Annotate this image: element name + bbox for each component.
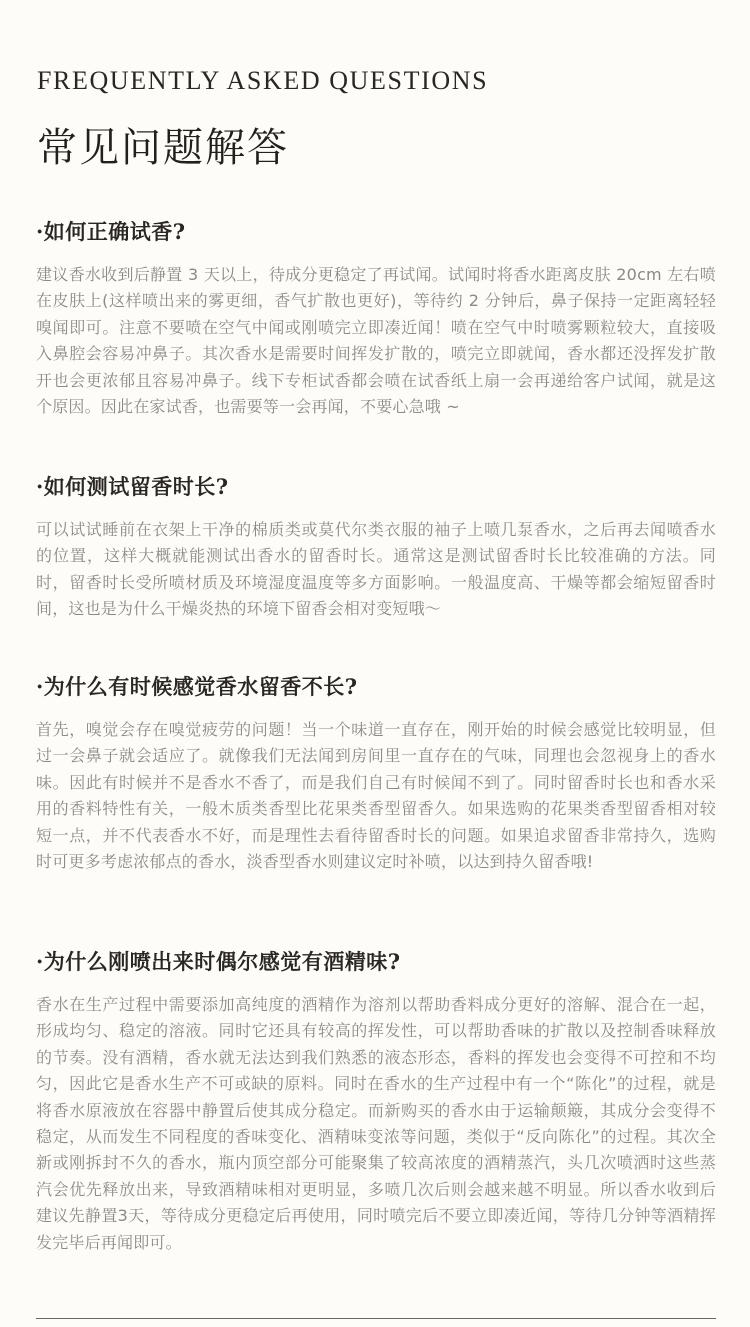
faq-item: ·如何测试留香时长? 可以试试睡前在衣架上干净的棉质类或莫代尔类衣服的袖子上喷几… bbox=[36, 470, 716, 623]
faq-item: ·如何正确试香? 建议香水收到后静置 3 天以上，待成分更稳定了再试闻。试闻时将… bbox=[36, 215, 716, 420]
faq-question: ·为什么有时候感觉香水留香不长? bbox=[36, 670, 716, 704]
page-title: 常见问题解答 bbox=[37, 116, 289, 173]
faq-question: ·如何正确试香? bbox=[36, 215, 716, 249]
bottom-divider bbox=[36, 1318, 716, 1319]
faq-question: ·为什么刚喷出来时偶尔感觉有酒精味? bbox=[36, 945, 716, 979]
faq-answer: 香水在生产过程中需要添加高纯度的酒精作为溶剂以帮助香料成分更好的溶解、混合在一起… bbox=[36, 992, 716, 1256]
faq-item: ·为什么刚喷出来时偶尔感觉有酒精味? 香水在生产过程中需要添加高纯度的酒精作为溶… bbox=[36, 945, 716, 1256]
faq-item: ·为什么有时候感觉香水留香不长? 首先，嗅觉会存在嗅觉疲劳的问题！当一个味道一直… bbox=[36, 670, 716, 875]
faq-eyebrow: FREQUENTLY ASKED QUESTIONS bbox=[37, 66, 488, 96]
faq-answer: 首先，嗅觉会存在嗅觉疲劳的问题！当一个味道一直存在，刚开始的时候会感觉比较明显，… bbox=[36, 717, 716, 875]
faq-question: ·如何测试留香时长? bbox=[36, 470, 716, 504]
faq-answer: 可以试试睡前在衣架上干净的棉质类或莫代尔类衣服的袖子上喷几泵香水，之后再去闻喷香… bbox=[36, 517, 716, 623]
faq-answer: 建议香水收到后静置 3 天以上，待成分更稳定了再试闻。试闻时将香水距离皮肤 20… bbox=[36, 262, 716, 420]
